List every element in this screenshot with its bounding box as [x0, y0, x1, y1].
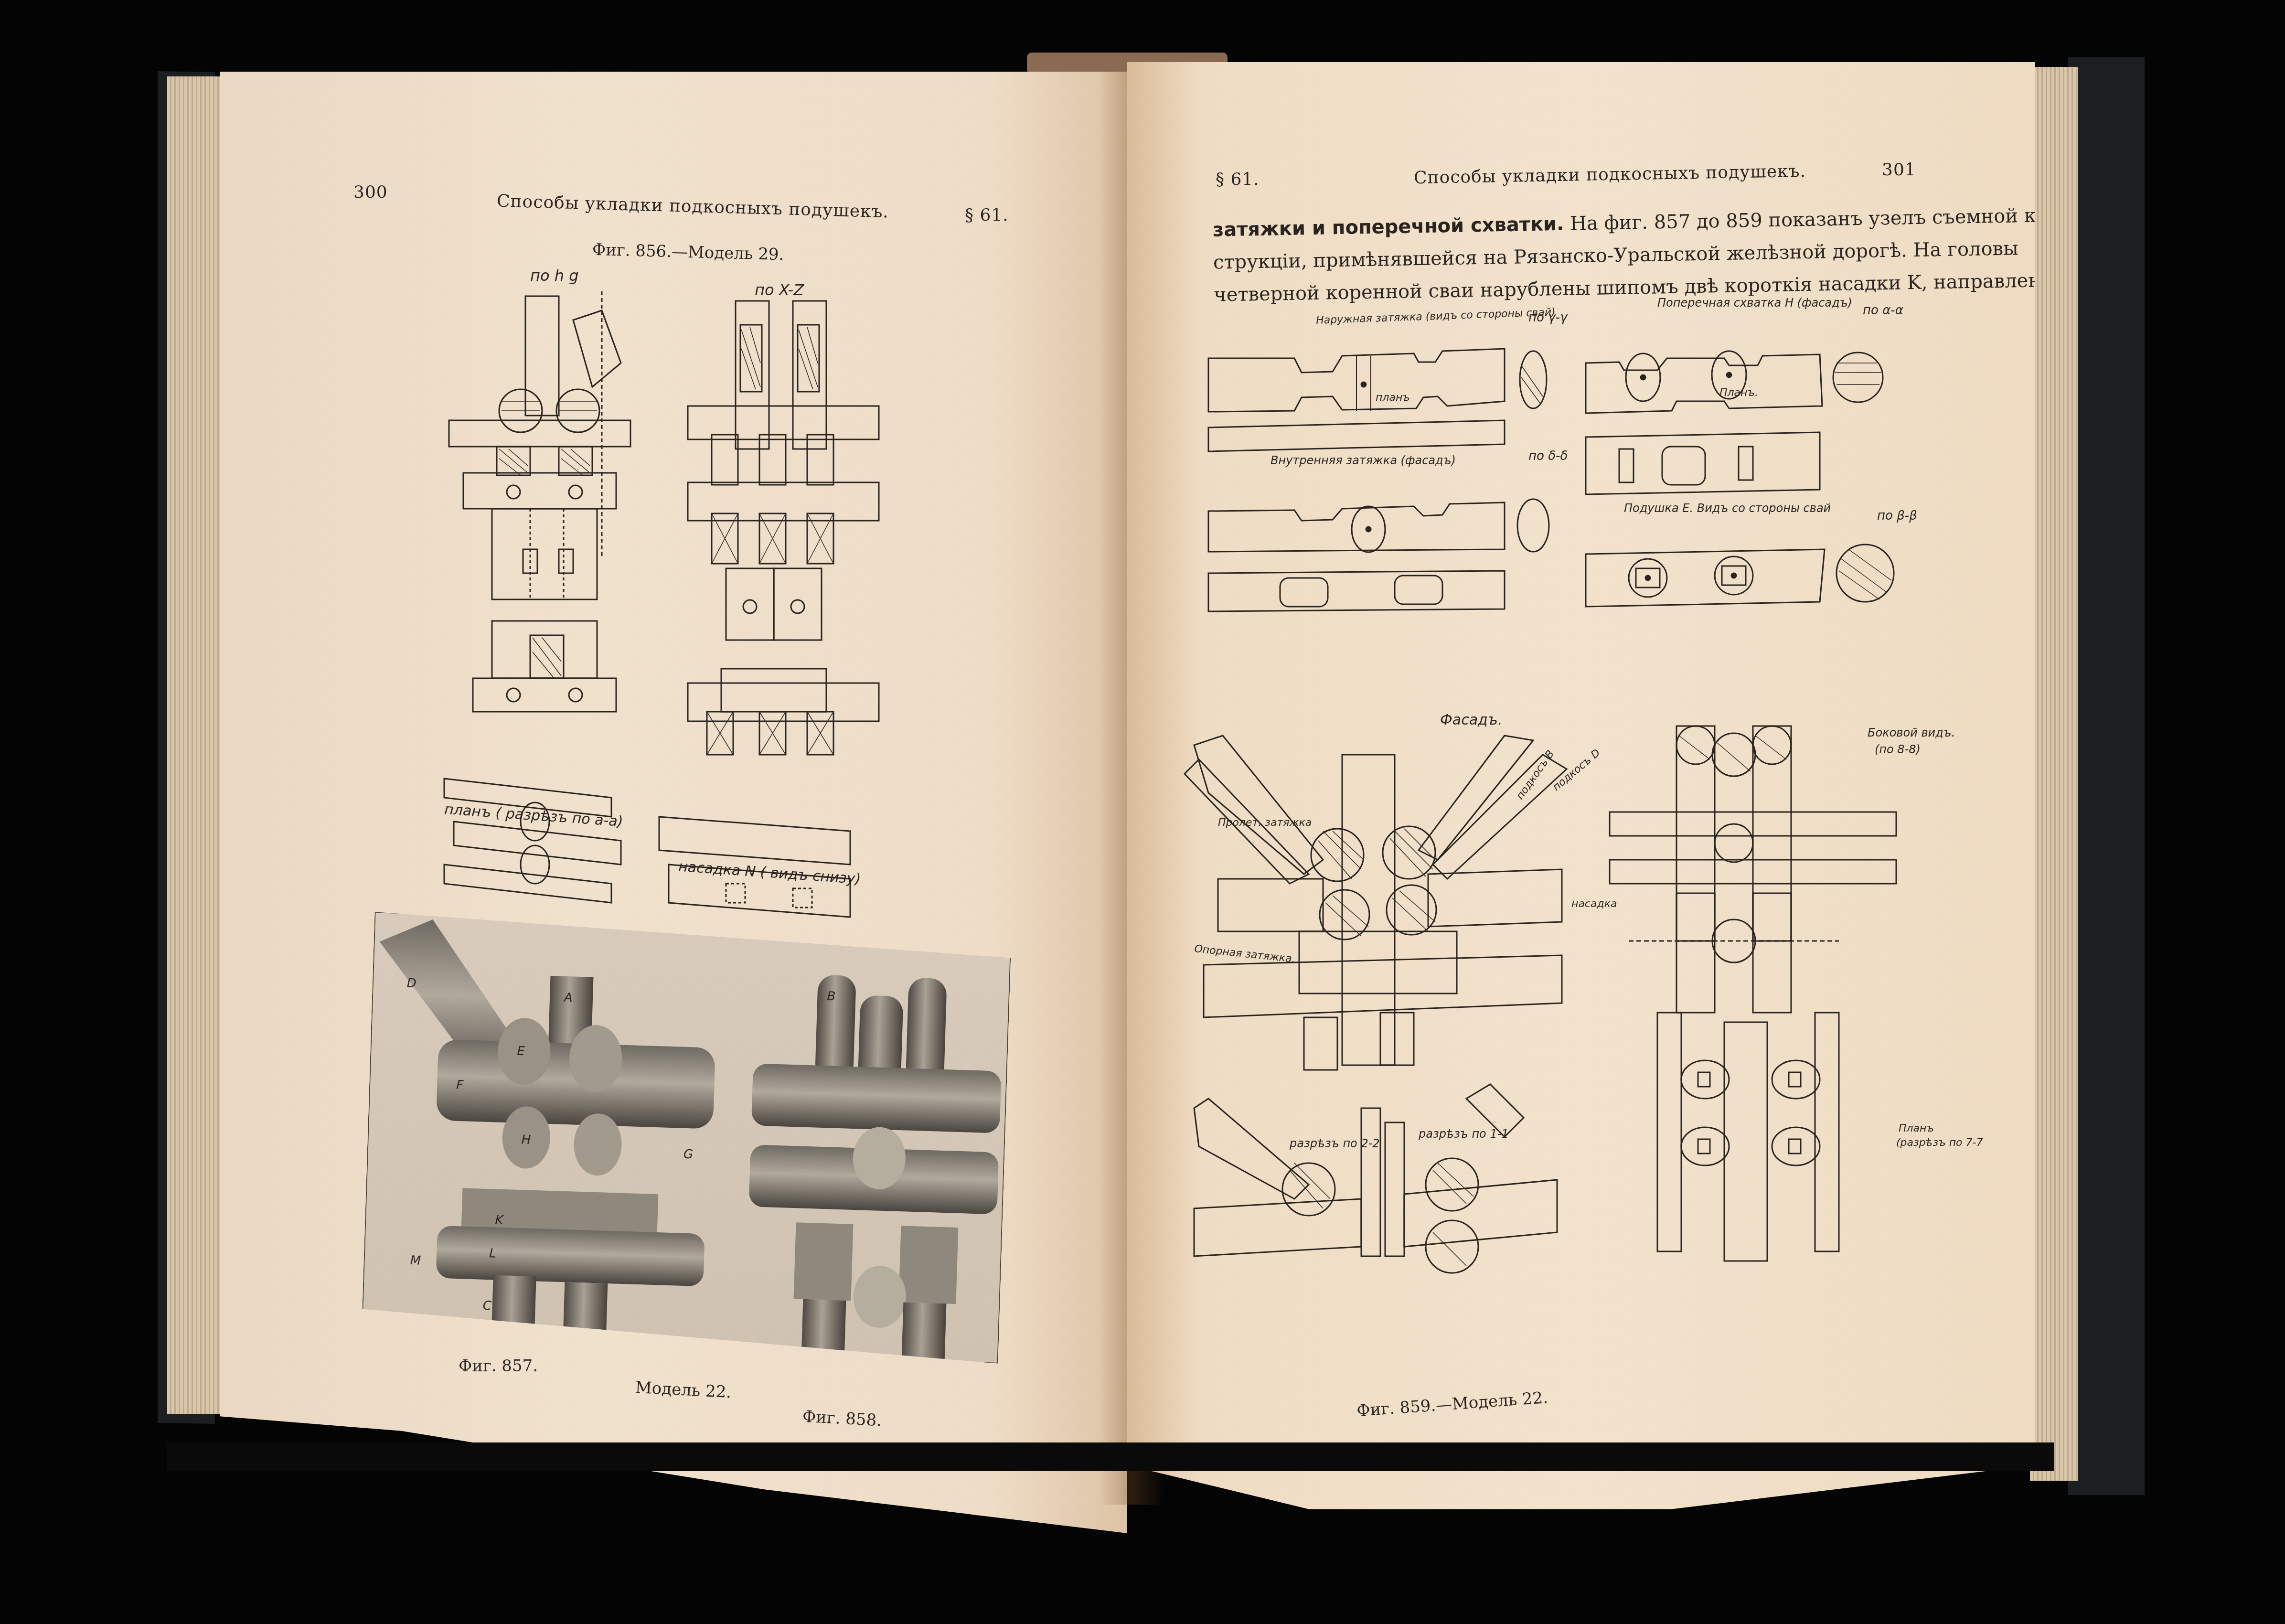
photo-label-E: E [517, 1044, 525, 1059]
label-cross-brace: Поперечная схватка H (фасадъ) [1657, 296, 1852, 310]
page-edges-left [167, 76, 224, 1414]
photo-label-M: M [410, 1253, 421, 1268]
figure-857-caption: Фиг. 857. [459, 1357, 538, 1376]
bold-lead-text: затяжки и поперечной схватки. [1213, 213, 1564, 241]
label-outer-tie: Наружная затяжка (видъ со стороны свай) [1316, 306, 1556, 326]
figure-859-top-drawings [1199, 325, 1963, 669]
body-paragraph: затяжки и поперечной схватки. На фиг. 85… [1212, 202, 1906, 311]
figure-856-caption: Фиг. 856.—Модель 29. [592, 240, 784, 264]
photo-label-L: L [489, 1246, 496, 1261]
photo-label-B: B [827, 989, 836, 1004]
section-mark-right: § 61. [1216, 170, 1260, 189]
photo-label-K: K [495, 1213, 503, 1228]
photo-label-G: G [683, 1147, 693, 1162]
book-bottom-edge [167, 1442, 2054, 1471]
section-mark-left: § 61. [965, 205, 1009, 225]
photo-figure-857: A B D E F G H K L M C [361, 912, 1012, 1363]
figure-858-caption: Фиг. 858. [802, 1407, 882, 1431]
model-22-caption: Модель 22. [635, 1378, 732, 1402]
right-page: § 61. Способы укладки подкосныхъ подушек… [1127, 62, 2035, 1524]
page-number-left: 300 [353, 182, 388, 202]
figure-859-facade-drawing [1180, 716, 1992, 1409]
page-edges-right [2030, 67, 2078, 1481]
label-view-hg: по h g [530, 267, 578, 285]
photo-label-F: F [456, 1078, 464, 1092]
page-number-right: 301 [1882, 160, 1916, 180]
left-page: 300 Способы укладки подкосныхъ подушекъ.… [220, 72, 1127, 1533]
running-head-right: Способы укладки подкосныхъ подушекъ. [1414, 161, 1806, 188]
running-head-left: Способы укладки подкосныхъ подушекъ. [497, 192, 889, 222]
photo-label-D: D [406, 976, 416, 991]
label-section-aa: по α-α [1863, 303, 1903, 318]
photo-label-C: C [482, 1299, 491, 1314]
book-cover-right [2068, 57, 2145, 1495]
figure-856-drawing [420, 291, 1041, 984]
photo-label-H: H [521, 1133, 531, 1147]
label-section-gg: по γ-γ [1528, 310, 1567, 325]
photo-label-A: A [564, 991, 573, 1005]
open-book-scan: 300 Способы укладки подкосныхъ подушекъ.… [0, 0, 2285, 1624]
